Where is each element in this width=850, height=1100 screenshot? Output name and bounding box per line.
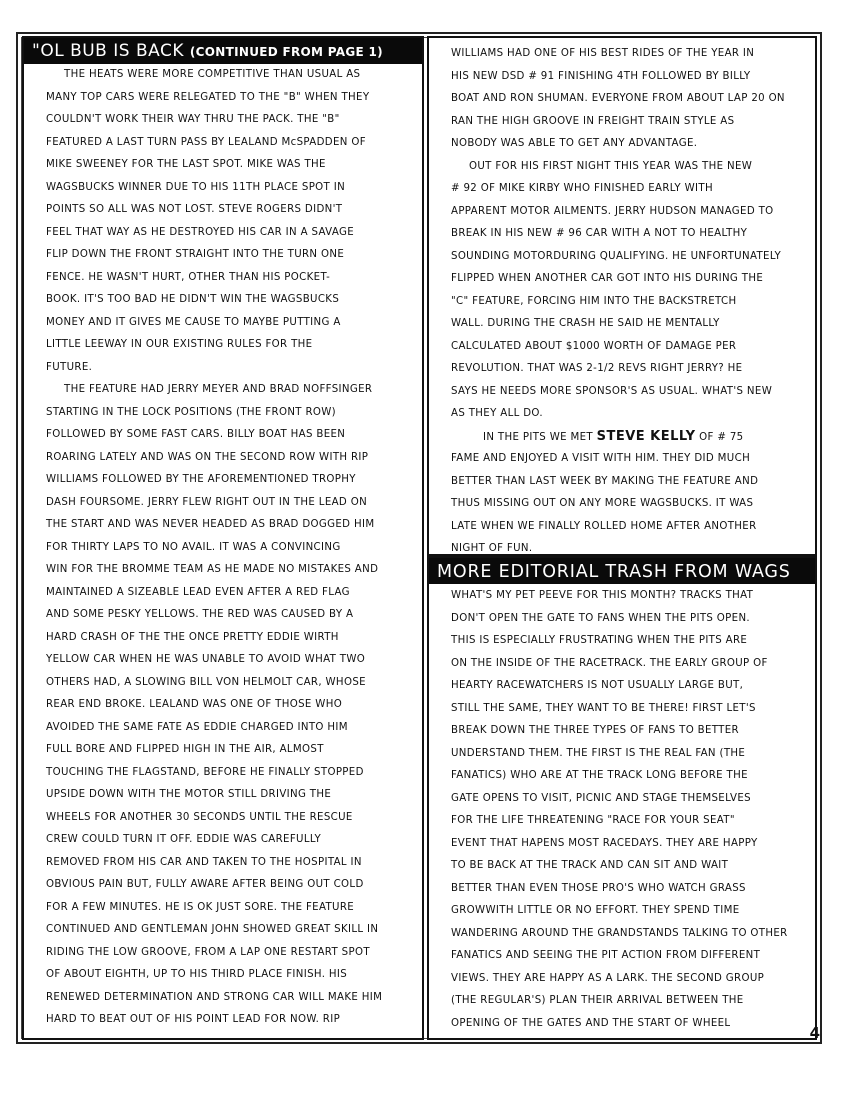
text-line: COULDN'T WORK THEIR WAY THRU THE PACK. T… [46,109,412,132]
text-line: FENCE. HE WASN'T HURT, OTHER THAN HIS PO… [46,267,412,290]
text-line: FOLLOWED BY SOME FAST CARS. BILLY BOAT H… [46,424,412,447]
text-line: MAINTAINED A SIZEABLE LEAD EVEN AFTER A … [46,582,412,605]
text-line: WAGSBUCKS WINNER DUE TO HIS 11TH PLACE S… [46,177,412,200]
text-line: CALCULATED ABOUT $1000 WORTH OF DAMAGE P… [451,336,805,359]
article-body-pits: IN THE PITS WE MET STEVE KELLY OF # 75 [429,426,815,449]
text-line: SAYS HE NEEDS MORE SPONSOR'S AS USUAL. W… [451,381,805,404]
text-line: HEARTY RACEWATCHERS IS NOT USUALLY LARGE… [451,675,805,698]
text-line: FEATURED A LAST TURN PASS BY LEALAND McS… [46,132,412,155]
text-line: GATE OPENS TO VISIT, PICNIC AND STAGE TH… [451,788,805,811]
text-line: FLIP DOWN THE FRONT STRAIGHT INTO THE TU… [46,244,412,267]
text-line: RIDING THE LOW GROOVE, FROM A LAP ONE RE… [46,942,412,965]
article-title: "OL BUB IS BACK [32,41,184,61]
text-line: WANDERING AROUND THE GRANDSTANDS TALKING… [451,923,805,946]
text-line: LITTLE LEEWAY IN OUR EXISTING RULES FOR … [46,334,412,357]
article-title-bar: "OL BUB IS BACK (CONTINUED FROM PAGE 1) [24,38,422,64]
text-line: BREAK DOWN THE THREE TYPES OF FANS TO BE… [451,720,805,743]
text-line: MONEY AND IT GIVES ME CAUSE TO MAYBE PUT… [46,312,412,335]
article-title: MORE EDITORIAL TRASH FROM WAGS [437,562,791,582]
text-line: THE START AND WAS NEVER HEADED AS BRAD D… [46,514,412,537]
text-line: CREW COULD TURN IT OFF. EDDIE WAS CAREFU… [46,829,412,852]
text-line: FOR A FEW MINUTES. HE IS OK JUST SORE. T… [46,897,412,920]
text-line: FANATICS AND SEEING THE PIT ACTION FROM … [451,945,805,968]
text-line: TOUCHING THE FLAGSTAND, BEFORE HE FINALL… [46,762,412,785]
pits-paragraph-line: IN THE PITS WE MET STEVE KELLY OF # 75 [451,426,805,449]
text-line: YELLOW CAR WHEN HE WAS UNABLE TO AVOID W… [46,649,412,672]
text-line: TO BE BACK AT THE TRACK AND CAN SIT AND … [451,855,805,878]
text-line: FEEL THAT WAY AS HE DESTROYED HIS CAR IN… [46,222,412,245]
text-line: FUTURE. [46,357,412,380]
text-line: ROARING LATELY AND WAS ON THE SECOND ROW… [46,447,412,470]
text-line: EVENT THAT HAPENS MOST RACEDAYS. THEY AR… [451,833,805,856]
text-line: AS THEY ALL DO. [451,403,805,426]
pits-text-before: IN THE PITS WE MET [483,432,597,443]
text-line: SOUNDING MOTORDURING QUALIFYING. HE UNFO… [451,246,805,269]
text-line: CONTINUED AND GENTLEMAN JOHN SHOWED GREA… [46,919,412,942]
text-line: DON'T OPEN THE GATE TO FANS WHEN THE PIT… [451,608,805,631]
article-body-continued: FAME AND ENJOYED A VISIT WITH HIM. THEY … [429,448,815,561]
text-line: FOR THE LIFE THREATENING "RACE FOR YOUR … [451,810,805,833]
text-line: DASH FOURSOME. JERRY FLEW RIGHT OUT IN T… [46,492,412,515]
text-line: FOR THIRTY LAPS TO NO AVAIL. IT WAS A CO… [46,537,412,560]
text-line: NOBODY WAS ABLE TO GET ANY ADVANTAGE. [451,133,805,156]
article-editorial-trash: MORE EDITORIAL TRASH FROM WAGS WHAT'S MY… [427,556,817,1040]
article-title-continued: (CONTINUED FROM PAGE 1) [190,45,383,59]
text-line: WIN FOR THE BROMME TEAM AS HE MADE NO MI… [46,559,412,582]
text-line: BETTER THAN EVEN THOSE PRO'S WHO WATCH G… [451,878,805,901]
text-line: VIEWS. THEY ARE HAPPY AS A LARK. THE SEC… [451,968,805,991]
page-number: 4 [810,1024,820,1042]
text-line: "C" FEATURE, FORCING HIM INTO THE BACKST… [451,291,805,314]
text-line: # 92 OF MIKE KIRBY WHO FINISHED EARLY WI… [451,178,805,201]
text-line: REAR END BROKE. LEALAND WAS ONE OF THOSE… [46,694,412,717]
text-line: RENEWED DETERMINATION AND STRONG CAR WIL… [46,987,412,1010]
text-line: STILL THE SAME, THEY WANT TO BE THERE! F… [451,698,805,721]
text-line: STARTING IN THE LOCK POSITIONS (THE FRON… [46,402,412,425]
text-line: THE FEATURE HAD JERRY MEYER AND BRAD NOF… [46,379,412,402]
text-line: BOAT AND RON SHUMAN. EVERYONE FROM ABOUT… [451,88,805,111]
text-line: UPSIDE DOWN WITH THE MOTOR STILL DRIVING… [46,784,412,807]
text-line: WILLIAMS HAD ONE OF HIS BEST RIDES OF TH… [451,43,805,66]
text-line: BETTER THAN LAST WEEK BY MAKING THE FEAT… [451,471,805,494]
text-line: AVOIDED THE SAME FATE AS EDDIE CHARGED I… [46,717,412,740]
text-line: WHAT'S MY PET PEEVE FOR THIS MONTH? TRAC… [451,585,805,608]
text-line: HARD CRASH OF THE THE ONCE PRETTY EDDIE … [46,627,412,650]
text-line: MIKE SWEENEY FOR THE LAST SPOT. MIKE WAS… [46,154,412,177]
text-line: HIS NEW DSD # 91 FINISHING 4TH FOLLOWED … [451,66,805,89]
text-line: FLIPPED WHEN ANOTHER CAR GOT INTO HIS DU… [451,268,805,291]
article-continuation: WILLIAMS HAD ONE OF HIS BEST RIDES OF TH… [427,36,817,556]
text-line: OTHERS HAD, A SLOWING BILL VON HELMOLT C… [46,672,412,695]
text-line: WILLIAMS FOLLOWED BY THE AFOREMENTIONED … [46,469,412,492]
text-line: HARD TO BEAT OUT OF HIS POINT LEAD FOR N… [46,1009,412,1032]
text-line: REMOVED FROM HIS CAR AND TAKEN TO THE HO… [46,852,412,875]
featured-driver-name: STEVE KELLY [597,429,696,444]
text-line: FAME AND ENJOYED A VISIT WITH HIM. THEY … [451,448,805,471]
text-line: THE HEATS WERE MORE COMPETITIVE THAN USU… [46,64,412,87]
article-body: WHAT'S MY PET PEEVE FOR THIS MONTH? TRAC… [429,584,815,1035]
text-line: FULL BORE AND FLIPPED HIGH IN THE AIR, A… [46,739,412,762]
text-line: GROWWITH LITTLE OR NO EFFORT. THEY SPEND… [451,900,805,923]
text-line: RAN THE HIGH GROOVE IN FREIGHT TRAIN STY… [451,111,805,134]
pits-text-after: OF # 75 [696,432,744,443]
text-line: WHEELS FOR ANOTHER 30 SECONDS UNTIL THE … [46,807,412,830]
article-body: THE HEATS WERE MORE COMPETITIVE THAN USU… [24,64,422,1032]
text-line: OF ABOUT EIGHTH, UP TO HIS THIRD PLACE F… [46,964,412,987]
text-line: WALL. DURING THE CRASH HE SAID HE MENTAL… [451,313,805,336]
text-line: THUS MISSING OUT ON ANY MORE WAGSBUCKS. … [451,493,805,516]
text-line: POINTS SO ALL WAS NOT LOST. STEVE ROGERS… [46,199,412,222]
text-line: (THE REGULAR'S) PLAN THEIR ARRIVAL BETWE… [451,990,805,1013]
text-line: OUT FOR HIS FIRST NIGHT THIS YEAR WAS TH… [451,156,805,179]
text-line: FANATICS) WHO ARE AT THE TRACK LONG BEFO… [451,765,805,788]
text-line: THIS IS ESPECIALLY FRUSTRATING WHEN THE … [451,630,805,653]
article-body: WILLIAMS HAD ONE OF HIS BEST RIDES OF TH… [429,38,815,426]
text-line: ON THE INSIDE OF THE RACETRACK. THE EARL… [451,653,805,676]
text-line: BREAK IN HIS NEW # 96 CAR WITH A NOT TO … [451,223,805,246]
text-line: BOOK. IT'S TOO BAD HE DIDN'T WIN THE WAG… [46,289,412,312]
article-title-bar: MORE EDITORIAL TRASH FROM WAGS [429,558,815,584]
article-ol-bub-is-back: "OL BUB IS BACK (CONTINUED FROM PAGE 1) … [22,36,424,1040]
text-line: REVOLUTION. THAT WAS 2-1/2 REVS RIGHT JE… [451,358,805,381]
text-line: LATE WHEN WE FINALLY ROLLED HOME AFTER A… [451,516,805,539]
text-line: UNDERSTAND THEM. THE FIRST IS THE REAL F… [451,743,805,766]
text-line: APPARENT MOTOR AILMENTS. JERRY HUDSON MA… [451,201,805,224]
text-line: AND SOME PESKY YELLOWS. THE RED WAS CAUS… [46,604,412,627]
text-line: OBVIOUS PAIN BUT, FULLY AWARE AFTER BEIN… [46,874,412,897]
text-line: OPENING OF THE GATES AND THE START OF WH… [451,1013,805,1036]
text-line: MANY TOP CARS WERE RELEGATED TO THE "B" … [46,87,412,110]
